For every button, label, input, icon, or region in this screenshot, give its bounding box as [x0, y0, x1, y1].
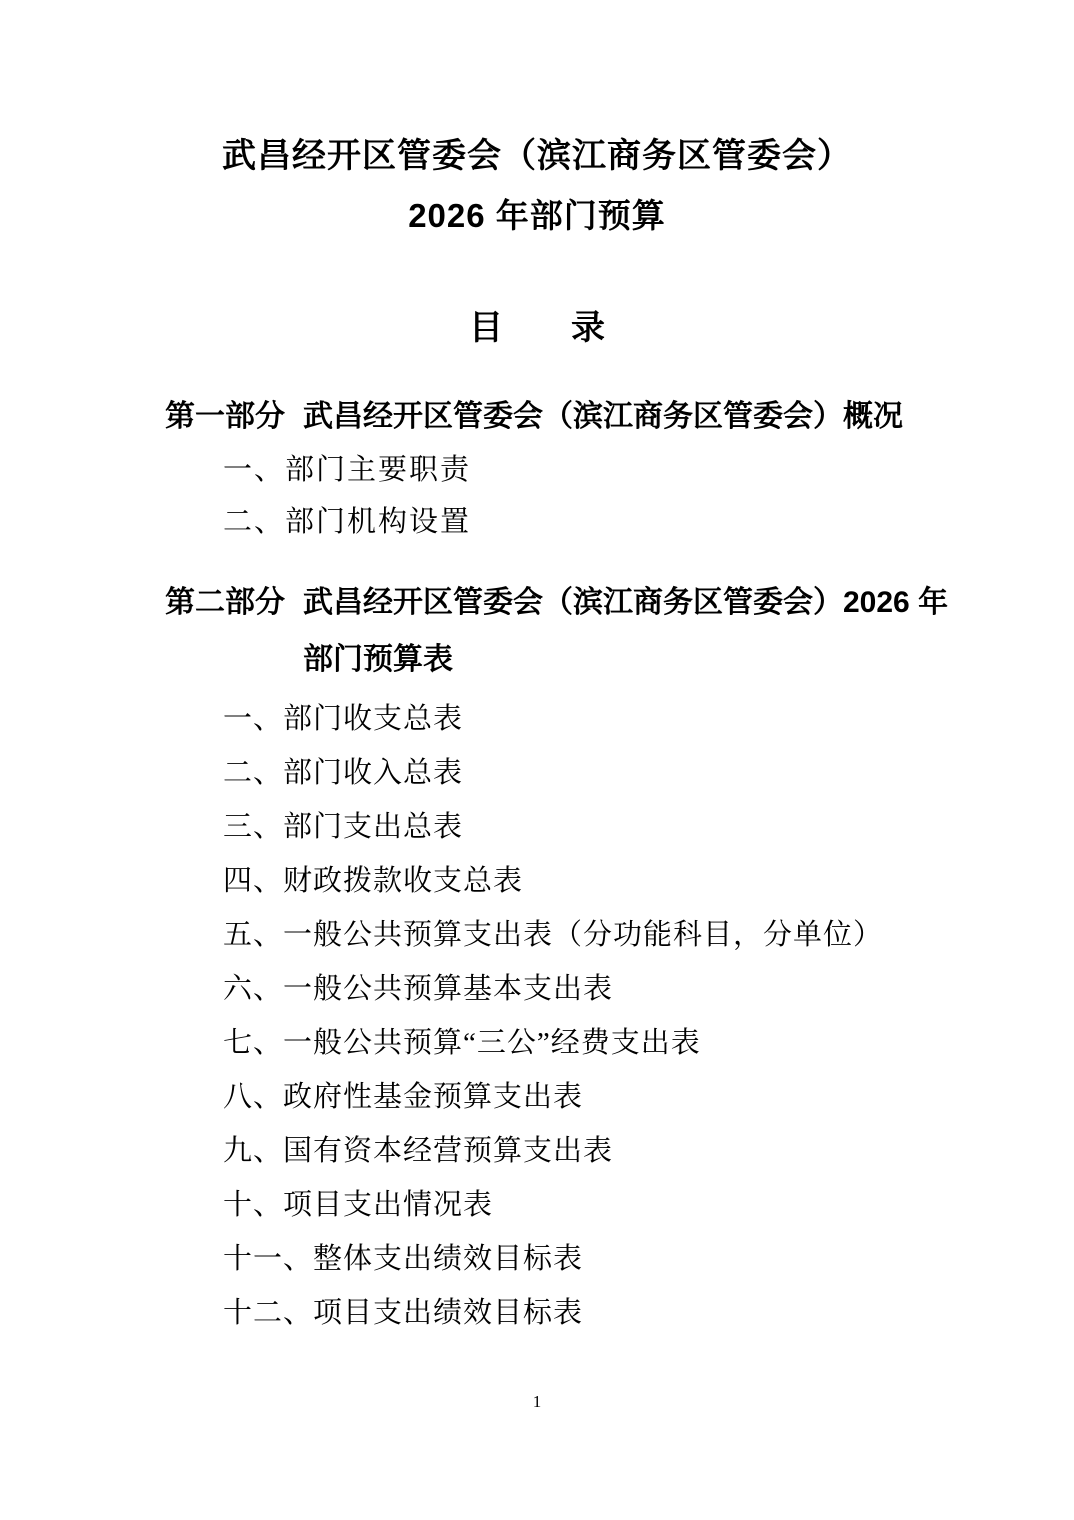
section-1-heading: 第一部分 武昌经开区管委会（滨江商务区管委会）概况 [165, 399, 903, 435]
toc-item: 二、部门机构设置 [223, 496, 471, 548]
toc-item: 五、一般公共预算支出表（分功能科目，分单位） [223, 908, 883, 962]
toc-item: 十、项目支出情况表 [223, 1178, 883, 1232]
toc-item: 二、部门收入总表 [223, 746, 883, 800]
toc-item: 七、一般公共预算“三公”经费支出表 [223, 1016, 883, 1070]
document-title-line1: 武昌经开区管委会（滨江商务区管委会） [0, 136, 1074, 176]
toc-item: 八、政府性基金预算支出表 [223, 1070, 883, 1124]
section-1-title: 武昌经开区管委会（滨江商务区管委会）概况 [303, 399, 903, 435]
toc-heading: 目 录 [0, 308, 1074, 348]
document-page: 武昌经开区管委会（滨江商务区管委会） 2026 年部门预算 目 录 第一部分 武… [0, 0, 1074, 1520]
page-number: 1 [0, 1392, 1074, 1412]
section-2-label: 第二部分 [165, 574, 285, 631]
toc-item: 十二、项目支出绩效目标表 [223, 1286, 883, 1340]
toc-item: 一、部门收支总表 [223, 692, 883, 746]
toc-item: 一、部门主要职责 [223, 444, 471, 496]
section-1-items: 一、部门主要职责 二、部门机构设置 [223, 444, 471, 548]
document-title-line2: 2026 年部门预算 [0, 196, 1074, 236]
toc-item: 四、财政拨款收支总表 [223, 854, 883, 908]
toc-item: 六、一般公共预算基本支出表 [223, 962, 883, 1016]
toc-item: 三、部门支出总表 [223, 800, 883, 854]
section-2-title-line2: 部门预算表 [303, 631, 948, 688]
toc-item: 九、国有资本经营预算支出表 [223, 1124, 883, 1178]
section-2-title-line1: 武昌经开区管委会（滨江商务区管委会）2026 年 [303, 574, 948, 631]
section-1-label: 第一部分 [165, 399, 285, 435]
section-2-heading: 第二部分 武昌经开区管委会（滨江商务区管委会）2026 年 部门预算表 [165, 574, 948, 688]
section-2-items: 一、部门收支总表 二、部门收入总表 三、部门支出总表 四、财政拨款收支总表 五、… [223, 692, 883, 1340]
toc-item: 十一、整体支出绩效目标表 [223, 1232, 883, 1286]
